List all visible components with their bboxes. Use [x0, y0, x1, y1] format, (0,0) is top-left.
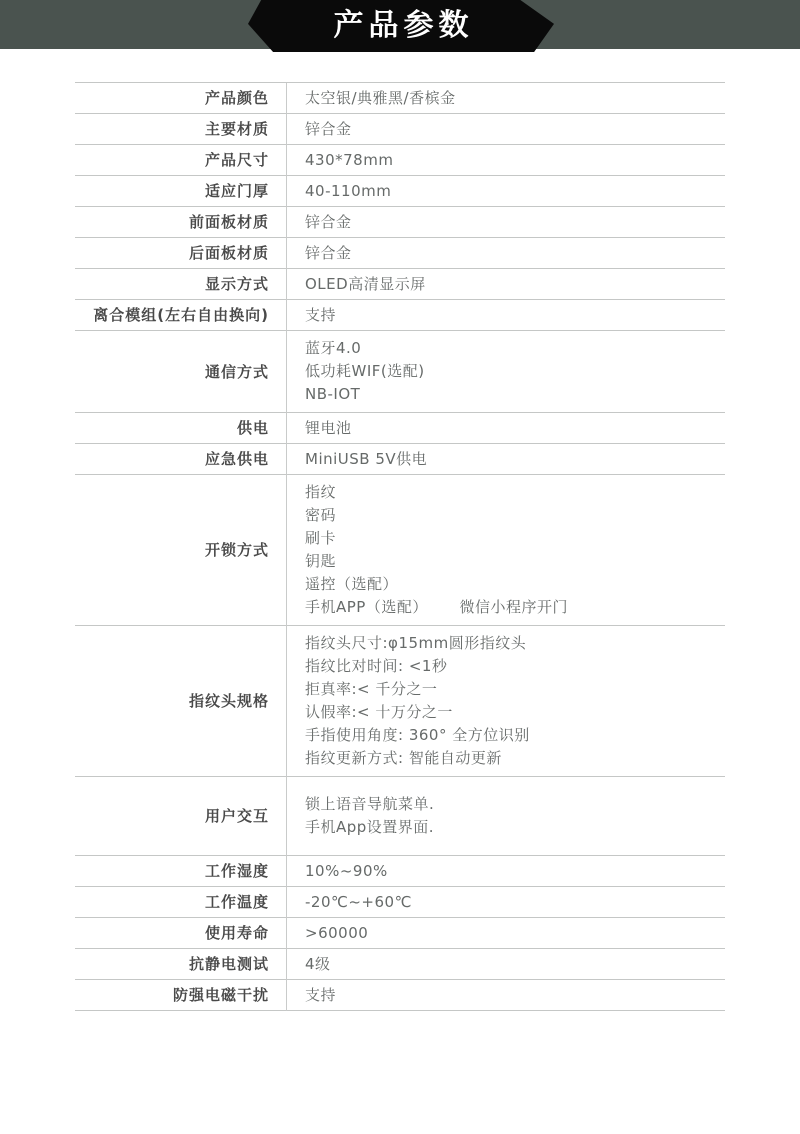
spec-table-row: 主要材质 锌合金	[75, 114, 725, 145]
spec-value-line: 蓝牙4.0	[305, 337, 725, 360]
spec-label: 通信方式	[75, 361, 286, 383]
spec-label: 抗静电测试	[75, 953, 286, 975]
spec-label: 使用寿命	[75, 922, 286, 944]
spec-label: 应急供电	[75, 448, 286, 470]
spec-table-row: 产品尺寸 430*78mm	[75, 145, 725, 176]
spec-label: 离合模组(左右自由换向)	[75, 304, 286, 326]
spec-table: 产品颜色 太空银/典雅黑/香槟金 主要材质 锌合金 产品尺寸 430*78mm …	[75, 82, 725, 1011]
spec-value-line: 拒真率:< 千分之一	[305, 678, 725, 701]
spec-value-line: 手机App设置界面.	[305, 816, 725, 839]
spec-label: 适应门厚	[75, 180, 286, 202]
spec-table-row: 供电 锂电池	[75, 413, 725, 444]
spec-label: 产品尺寸	[75, 149, 286, 171]
spec-table-row: 指纹头规格 指纹头尺寸:φ15mm圆形指纹头指纹比对时间: <1秒拒真率:< 千…	[75, 626, 725, 777]
title-hexagon: 产品参数	[248, 0, 554, 52]
spec-value-cell: 太空银/典雅黑/香槟金	[286, 87, 725, 110]
spec-value-line: 密码	[305, 504, 725, 527]
spec-table-row: 开锁方式 指纹密码刷卡钥匙遥控（选配）手机APP（选配） 微信小程序开门	[75, 475, 725, 626]
spec-table-row: 抗静电测试 4级	[75, 949, 725, 980]
spec-value-line: MiniUSB 5V供电	[305, 448, 725, 471]
spec-value-line: 指纹	[305, 481, 725, 504]
spec-table-row: 工作温度 -20℃~+60℃	[75, 887, 725, 918]
spec-value-line: 430*78mm	[305, 149, 725, 172]
spec-value-line: 遥控（选配）	[305, 573, 725, 596]
spec-table-row: 防强电磁干扰 支持	[75, 980, 725, 1011]
spec-value-line: 锌合金	[305, 211, 725, 234]
spec-value-cell: 指纹头尺寸:φ15mm圆形指纹头指纹比对时间: <1秒拒真率:< 千分之一认假率…	[286, 632, 725, 770]
spec-value-cell: 支持	[286, 304, 725, 327]
spec-value-line: 40-110mm	[305, 180, 725, 203]
spec-label: 开锁方式	[75, 539, 286, 561]
spec-value-cell: 锁上语音导航菜单.手机App设置界面.	[286, 793, 725, 839]
spec-value-line: >60000	[305, 922, 725, 945]
spec-value-line: 手机APP（选配） 微信小程序开门	[305, 596, 725, 619]
spec-value-cell: 锌合金	[286, 242, 725, 265]
spec-table-row: 工作湿度 10%~90%	[75, 856, 725, 887]
spec-value-line: 手指使用角度: 360° 全方位识别	[305, 724, 725, 747]
spec-value-line: 4级	[305, 953, 725, 976]
spec-value-line: -20℃~+60℃	[305, 891, 725, 914]
spec-value-cell: 蓝牙4.0低功耗WIF(选配)NB-IOT	[286, 337, 725, 406]
spec-value-line: 指纹更新方式: 智能自动更新	[305, 747, 725, 770]
spec-value-line: 低功耗WIF(选配)	[305, 360, 725, 383]
spec-value-line: 太空银/典雅黑/香槟金	[305, 87, 725, 110]
spec-table-row: 离合模组(左右自由换向) 支持	[75, 300, 725, 331]
spec-table-row: 应急供电 MiniUSB 5V供电	[75, 444, 725, 475]
spec-table-row: 前面板材质 锌合金	[75, 207, 725, 238]
spec-value-cell: 支持	[286, 984, 725, 1007]
spec-label: 指纹头规格	[75, 690, 286, 712]
spec-value-cell: OLED高清显示屏	[286, 273, 725, 296]
page-title: 产品参数	[329, 11, 474, 41]
spec-label: 产品颜色	[75, 87, 286, 109]
spec-value-line: 钥匙	[305, 550, 725, 573]
spec-value-line: 锌合金	[305, 118, 725, 141]
spec-value-line: 锌合金	[305, 242, 725, 265]
spec-table-row: 使用寿命 >60000	[75, 918, 725, 949]
header-banner: 产品参数	[0, 0, 800, 49]
spec-value-line: 锂电池	[305, 417, 725, 440]
spec-value-cell: 锌合金	[286, 118, 725, 141]
spec-value-line: 支持	[305, 304, 725, 327]
spec-value-line: 认假率:< 十万分之一	[305, 701, 725, 724]
spec-label: 供电	[75, 417, 286, 439]
spec-table-row: 显示方式 OLED高清显示屏	[75, 269, 725, 300]
spec-value-cell: 10%~90%	[286, 860, 725, 883]
spec-table-row: 后面板材质 锌合金	[75, 238, 725, 269]
spec-label: 防强电磁干扰	[75, 984, 286, 1006]
spec-label: 显示方式	[75, 273, 286, 295]
spec-value-cell: 4级	[286, 953, 725, 976]
column-divider	[286, 83, 287, 1011]
spec-value-line: 指纹比对时间: <1秒	[305, 655, 725, 678]
spec-value-cell: MiniUSB 5V供电	[286, 448, 725, 471]
spec-value-line: 支持	[305, 984, 725, 1007]
spec-value-line: 刷卡	[305, 527, 725, 550]
spec-value-cell: -20℃~+60℃	[286, 891, 725, 914]
spec-label: 后面板材质	[75, 242, 286, 264]
spec-label: 前面板材质	[75, 211, 286, 233]
spec-table-row: 产品颜色 太空银/典雅黑/香槟金	[75, 83, 725, 114]
spec-label: 主要材质	[75, 118, 286, 140]
spec-value-cell: 指纹密码刷卡钥匙遥控（选配）手机APP（选配） 微信小程序开门	[286, 481, 725, 619]
spec-value-cell: 430*78mm	[286, 149, 725, 172]
spec-value-line: OLED高清显示屏	[305, 273, 725, 296]
spec-value-cell: 锌合金	[286, 211, 725, 234]
spec-table-row: 适应门厚 40-110mm	[75, 176, 725, 207]
spec-label: 用户交互	[75, 805, 286, 827]
spec-value-cell: 40-110mm	[286, 180, 725, 203]
spec-value-cell: 锂电池	[286, 417, 725, 440]
spec-value-line: 锁上语音导航菜单.	[305, 793, 725, 816]
spec-table-row: 通信方式 蓝牙4.0低功耗WIF(选配)NB-IOT	[75, 331, 725, 413]
spec-value-line: 10%~90%	[305, 860, 725, 883]
spec-label: 工作温度	[75, 891, 286, 913]
spec-value-line: NB-IOT	[305, 383, 725, 406]
spec-label: 工作湿度	[75, 860, 286, 882]
spec-value-line: 指纹头尺寸:φ15mm圆形指纹头	[305, 632, 725, 655]
spec-table-row: 用户交互 锁上语音导航菜单.手机App设置界面.	[75, 777, 725, 856]
spec-value-cell: >60000	[286, 922, 725, 945]
